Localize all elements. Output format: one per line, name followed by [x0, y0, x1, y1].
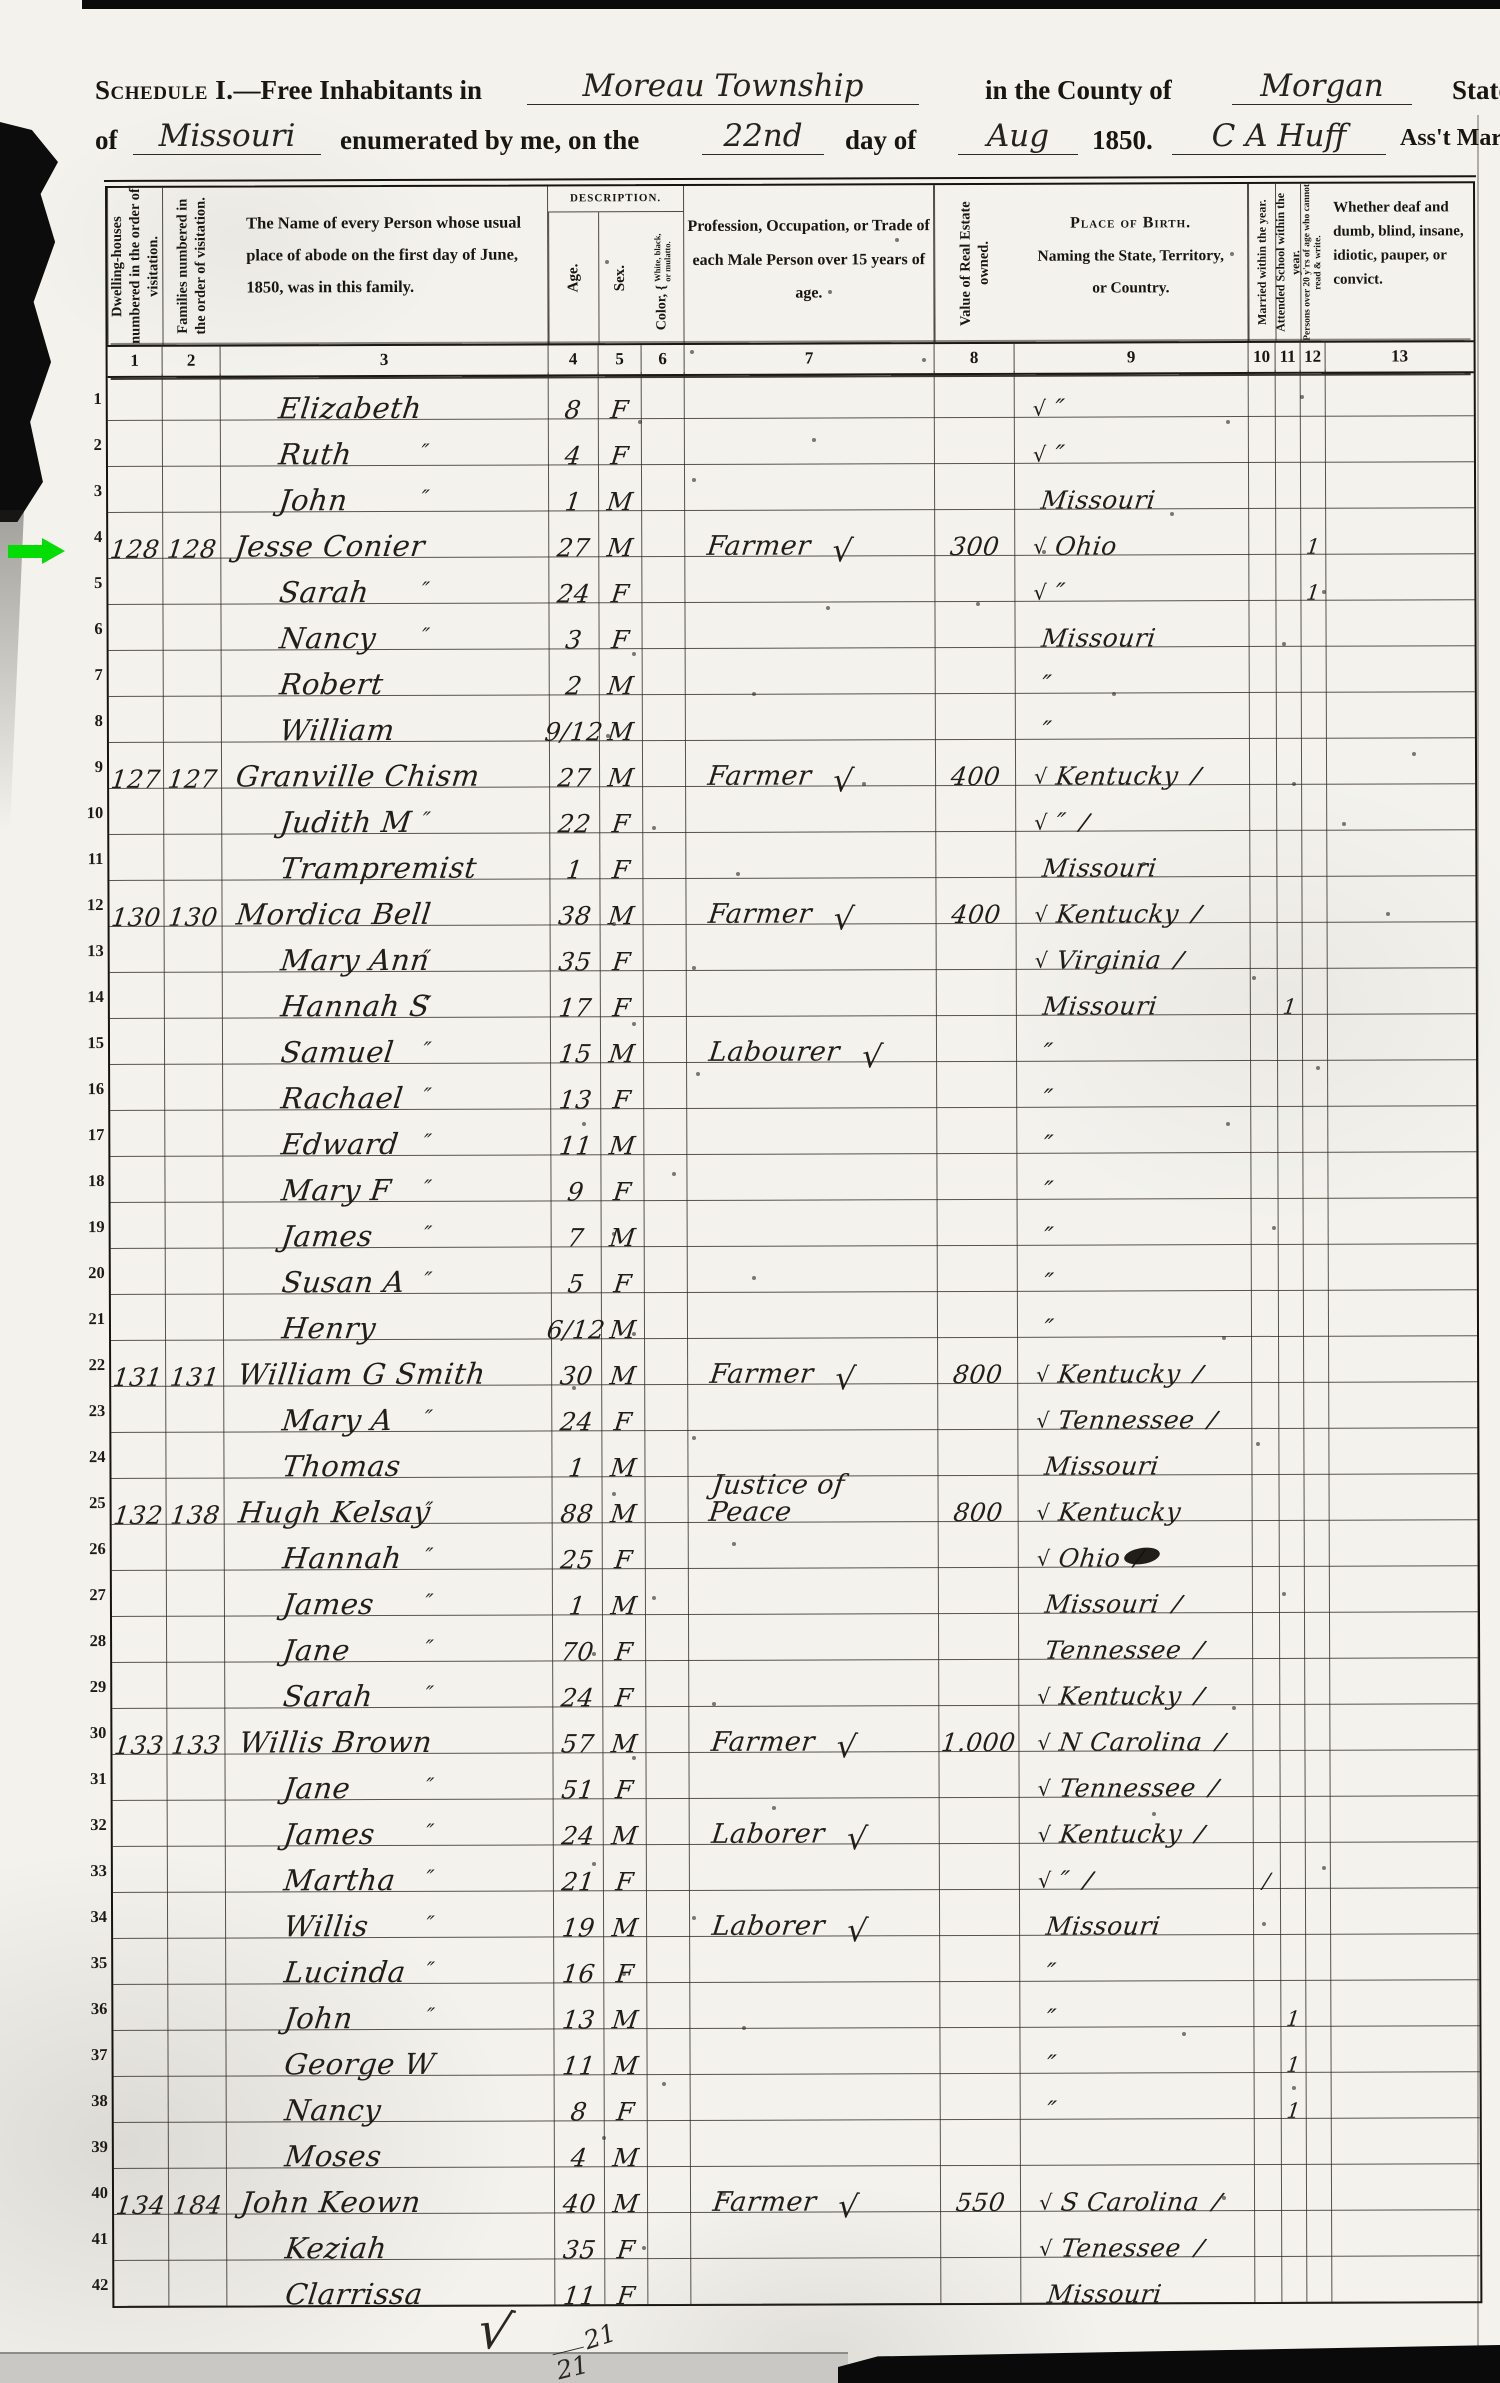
color-sublabel: White, black, or mulatto. [652, 225, 673, 281]
cell-sex: F [601, 924, 644, 970]
cell-age: 22 [550, 786, 600, 832]
cell-real-estate-value [935, 463, 1015, 509]
cell-family [168, 1846, 226, 1892]
cell-dwelling [114, 2214, 169, 2260]
cell-real-estate-value [939, 1659, 1019, 1705]
cell-condition [1329, 1197, 1477, 1244]
scan-artifact-bottom-bar [838, 2345, 1500, 2383]
cell-school [1280, 1612, 1305, 1658]
cell-condition [1326, 507, 1474, 554]
cell-cannot-read [1305, 1566, 1330, 1612]
cell-profession [688, 1199, 938, 1246]
cell-condition [1329, 1243, 1477, 1290]
cell-real-estate-value [937, 1015, 1017, 1061]
table-row: 23 Mary A″ 24 F √Tennessee/ [111, 1381, 1477, 1433]
cell-condition [1330, 1565, 1478, 1612]
cell-age: 7 [552, 1200, 602, 1246]
cell-married [1252, 1290, 1279, 1336]
cell-sex: F [601, 1062, 644, 1108]
cell-school [1282, 2210, 1307, 2256]
cell-age: 15 [551, 1016, 601, 1062]
person-name: Clarrissa [284, 2280, 425, 2309]
cell-sex: M [600, 694, 643, 740]
cell-profession [689, 1751, 939, 1798]
cell-condition [1328, 1105, 1476, 1152]
cell-school [1276, 416, 1301, 462]
cell-birthplace: ″ [1017, 1106, 1251, 1153]
cell-school [1280, 1520, 1305, 1566]
cell-dwelling [108, 420, 163, 466]
cell-profession: Labourer√ [687, 1015, 937, 1062]
col-header-color: Color, { White, black, or mulatto. [641, 212, 684, 343]
cell-name: Willis″ [226, 1890, 554, 1937]
cell-profession [691, 2119, 941, 2166]
line-number: 14 [78, 972, 104, 1018]
cell-color [648, 2258, 691, 2304]
cell-school: 1 [1282, 2072, 1307, 2118]
cell-profession [685, 417, 935, 464]
line-number: 8 [77, 696, 103, 742]
col-header-profession: Profession, Occupation, or Trade of each… [684, 185, 935, 343]
cell-dwelling [110, 1064, 165, 1110]
cell-sex: F [604, 1936, 647, 1982]
cell-birthplace: √″ [1015, 416, 1249, 463]
cell-profession [687, 1061, 937, 1108]
table-row: 31 Jane″ 51 F √Tennessee/ [112, 1749, 1478, 1801]
cell-age: 24 [553, 1660, 603, 1706]
cell-profession: Farmer√ [685, 509, 935, 556]
cell-condition [1332, 2071, 1480, 2118]
cell-birthplace: Missouri [1018, 1428, 1252, 1475]
birthplace-value: Missouri [1046, 2281, 1163, 2306]
table-row: 6 Nancy″ 3 F Missouri [108, 599, 1474, 651]
cell-sex: F [599, 372, 642, 418]
cell-profession: Laborer√ [690, 1797, 940, 1844]
cell-profession: Justice of Peace [689, 1475, 939, 1522]
cell-age: 3 [549, 602, 599, 648]
cell-profession [691, 2073, 941, 2120]
column-number: 8 [935, 344, 1015, 373]
cell-real-estate-value: 400 [936, 739, 1016, 785]
cell-color [647, 2028, 690, 2074]
cell-married [1255, 2118, 1282, 2164]
cell-married [1255, 2210, 1282, 2256]
table-row: 41 Keziah 35 F √Tenessee/ [114, 2209, 1480, 2261]
cell-sex: F [603, 1752, 646, 1798]
line-number: 40 [82, 2168, 108, 2214]
line-number: 25 [80, 1478, 106, 1524]
sex-value: F [616, 2283, 637, 2308]
form-title-line1: Schedule I.—Free Inhabitants in [95, 75, 482, 106]
cell-name: James″ [226, 1798, 554, 1845]
cell-cannot-read [1302, 646, 1327, 692]
cell-age: 35 [555, 2212, 605, 2258]
col-header-sex: Sex. [598, 212, 641, 343]
cell-dwelling: 130 [109, 880, 164, 926]
cell-real-estate-value [935, 417, 1015, 463]
table-row: 39 Moses 4 M [114, 2117, 1480, 2169]
ditto-mark: ″ [425, 1914, 436, 1935]
cell-married [1251, 922, 1278, 968]
cell-dwelling [111, 1248, 166, 1294]
ditto-mark: ″ [423, 1408, 434, 1429]
col-header-age: Age. [548, 212, 598, 343]
cell-profession [685, 601, 935, 648]
cell-name: Jane″ [225, 1614, 553, 1661]
cell-married [1253, 1750, 1280, 1796]
cell-family: 184 [169, 2168, 227, 2214]
cell-color [642, 602, 685, 648]
cell-condition [1328, 967, 1476, 1014]
cell-birthplace [1021, 2118, 1255, 2165]
cell-age: 19 [554, 1890, 604, 1936]
cell-sex: M [600, 878, 643, 924]
cell-dwelling [111, 1386, 166, 1432]
cell-profession [686, 693, 936, 740]
cell-birthplace: Tennessee/ [1019, 1612, 1253, 1659]
cell-married: / [1254, 1842, 1281, 1888]
cell-school: 1 [1278, 968, 1303, 1014]
cell-birthplace: √″ [1015, 370, 1249, 417]
place-of-birth-label: Place of Birth. [1014, 206, 1247, 240]
cell-sex: F [599, 556, 642, 602]
cell-condition [1328, 1151, 1476, 1198]
cell-name: William G Smith [224, 1338, 552, 1385]
cell-dwelling [108, 558, 163, 604]
cell-family [169, 2214, 227, 2260]
cell-birthplace: ″ [1018, 1198, 1252, 1245]
cell-real-estate-value [940, 1935, 1020, 1981]
cell-dwelling: 134 [114, 2168, 169, 2214]
cell-name: Thomas [224, 1430, 552, 1477]
cell-cannot-read [1304, 1336, 1329, 1382]
cell-school [1276, 554, 1301, 600]
table-row: 10 Judith M″ 22 F √″/ [109, 783, 1475, 835]
cell-age: 4 [549, 418, 599, 464]
cell-real-estate-value [941, 2257, 1021, 2303]
cell-birthplace: √″/ [1020, 1842, 1254, 1889]
cell-color [647, 1844, 690, 1890]
cell-married [1253, 1566, 1280, 1612]
cell-cannot-read [1301, 416, 1326, 462]
line-number: 29 [80, 1662, 106, 1708]
cell-cannot-read [1303, 1060, 1328, 1106]
cell-condition [1332, 2163, 1480, 2210]
cell-birthplace: √Kentucky/ [1016, 738, 1250, 785]
cell-birthplace: √″/ [1016, 784, 1250, 831]
cell-dwelling [112, 1570, 167, 1616]
birthplace-subline1: Naming the State, Territory, [1014, 240, 1247, 273]
cell-real-estate-value [940, 1797, 1020, 1843]
cell-sex: F [602, 1384, 645, 1430]
cell-married [1254, 1888, 1281, 1934]
cell-married [1253, 1704, 1280, 1750]
cell-dwelling [112, 1616, 167, 1662]
line-number: 21 [79, 1294, 105, 1340]
col-header-cannot-read: Persons over 20 y'rs of age who cannot r… [1300, 184, 1326, 341]
cell-color [647, 1798, 690, 1844]
cell-school [1277, 738, 1302, 784]
cell-birthplace: ″ [1020, 1934, 1254, 1981]
col-header-dwelling-number: Dwelling-houses numbered in the order of… [107, 188, 163, 345]
cell-birthplace: ″ [1021, 2072, 1255, 2119]
cell-name: Judith M″ [222, 786, 550, 833]
cell-sex: M [602, 1338, 645, 1384]
cell-real-estate-value [941, 2119, 1021, 2165]
cell-condition [1326, 415, 1474, 462]
cell-name: Granville Chism [222, 740, 550, 787]
cell-cannot-read [1307, 2210, 1332, 2256]
footer-scribble-21b: 21 [553, 2347, 592, 2383]
cell-color [642, 556, 685, 602]
cell-cannot-read [1306, 1980, 1331, 2026]
cell-sex: M [602, 1200, 645, 1246]
cell-color [645, 1338, 688, 1384]
cell-school [1277, 784, 1302, 830]
cell-age: 51 [553, 1752, 603, 1798]
cell-name: John″ [226, 1982, 554, 2029]
cell-name: Martha″ [226, 1844, 554, 1891]
cell-family [166, 1202, 224, 1248]
cell-name: Trampremist [222, 832, 550, 879]
cell-condition [1326, 461, 1474, 508]
enumerated-label: enumerated by me, on the [340, 125, 639, 156]
line-number: 33 [81, 1846, 107, 1892]
table-row: 32 James″ 24 M Laborer√ √Kentucky/ [113, 1795, 1479, 1847]
cell-family: 128 [163, 512, 221, 558]
cell-age: 11 [555, 2258, 605, 2304]
cell-color [642, 510, 685, 556]
cell-real-estate-value: 1.000 [939, 1705, 1019, 1751]
cell-age: 70 [553, 1614, 603, 1660]
cell-sex: M [604, 1890, 647, 1936]
cell-age: 11 [554, 2028, 604, 2074]
line-number: 32 [81, 1800, 107, 1846]
cell-cannot-read [1307, 2164, 1332, 2210]
county-field: Morgan [1232, 68, 1412, 105]
cell-name: Elizabeth [221, 372, 549, 419]
cell-birthplace: ″ [1018, 1290, 1252, 1337]
table-row: 36 John″ 13 M ″ 1 [113, 1979, 1479, 2031]
cell-birthplace: ″ [1016, 646, 1250, 693]
table-row: 18 Mary F″ 9 F ″ [110, 1151, 1476, 1203]
cell-name: James″ [225, 1568, 553, 1615]
cell-dwelling: 128 [108, 512, 163, 558]
line-number: 37 [81, 2030, 107, 2076]
ditto-mark: ″ [424, 1776, 435, 1797]
column-number: 12 [1301, 343, 1326, 372]
cell-color [642, 418, 685, 464]
cell-cannot-read [1302, 784, 1327, 830]
cell-birthplace: √″ [1015, 554, 1249, 601]
cell-name: John Keown [227, 2166, 555, 2213]
cell-school [1279, 1428, 1304, 1474]
cell-age: 27 [550, 740, 600, 786]
table-body: 1 Elizabeth 8 F √″ 2 Ruth″ 4 F √″ 3 John… [108, 369, 1481, 2306]
cell-age: 1 [549, 464, 599, 510]
cell-color [643, 740, 686, 786]
cell-profession [685, 555, 935, 602]
cell-married [1252, 1244, 1279, 1290]
cell-family [167, 1616, 225, 1662]
cell-condition [1331, 1795, 1479, 1842]
column-number: 11 [1276, 343, 1301, 372]
scan-artifact-left-edge [0, 122, 58, 522]
cell-school [1279, 1290, 1304, 1336]
cell-cannot-read [1305, 1750, 1330, 1796]
cell-real-estate-value [941, 2073, 1021, 2119]
cell-dwelling [113, 1846, 168, 1892]
cell-color [646, 1752, 689, 1798]
cell-school [1276, 508, 1301, 554]
cell-family [167, 1754, 225, 1800]
cell-married [1250, 876, 1277, 922]
cell-family [164, 834, 222, 880]
cell-married [1251, 1106, 1278, 1152]
cell-name: Mary A″ [224, 1384, 552, 1431]
cell-family [169, 2260, 227, 2306]
cell-school [1282, 2256, 1307, 2302]
cell-family [168, 1892, 226, 1938]
ditto-mark: ″ [422, 1132, 433, 1153]
cell-married [1252, 1428, 1279, 1474]
table-row: 35 Lucinda″ 16 F ″ [113, 1933, 1479, 1985]
cell-name: James″ [224, 1200, 552, 1247]
cell-age: 27 [549, 510, 599, 556]
cell-profession [689, 1659, 939, 1706]
cell-cannot-read [1306, 1888, 1331, 1934]
cell-name: Moses [227, 2120, 555, 2167]
cell-family [164, 650, 222, 696]
line-number: 15 [78, 1018, 104, 1064]
table-row: 38 Nancy 8 F ″ 1 [114, 2071, 1480, 2123]
cell-dwelling [110, 1110, 165, 1156]
cell-color [646, 1476, 689, 1522]
cell-profession: Farmer√ [689, 1705, 939, 1752]
cell-color [648, 2074, 691, 2120]
cell-sex: M [603, 1568, 646, 1614]
cell-condition [1332, 2209, 1480, 2256]
cell-condition [1326, 599, 1474, 646]
cell-married [1252, 1336, 1279, 1382]
cell-school [1279, 1336, 1304, 1382]
table-row: 33 Martha″ 21 F √″/ / [113, 1841, 1479, 1893]
table-row: 34 Willis″ 19 M Laborer√ Missouri [113, 1887, 1479, 1939]
cell-profession [688, 1383, 938, 1430]
month-field: Aug [958, 118, 1078, 155]
cell-cannot-read [1307, 2072, 1332, 2118]
column-number: 9 [1015, 343, 1249, 373]
cell-birthplace: √S Carolina/ [1021, 2164, 1255, 2211]
table-row: 8 William 9/12 M ″ [109, 691, 1475, 743]
cell-condition [1327, 829, 1475, 876]
cell-profession [691, 2257, 941, 2304]
cell-married [1255, 2256, 1282, 2302]
cell-sex: F [599, 418, 642, 464]
cell-birthplace: √Tennessee/ [1018, 1382, 1252, 1429]
cell-real-estate-value [938, 1383, 1018, 1429]
cell-birthplace: ″ [1017, 1060, 1251, 1107]
cell-profession [687, 923, 937, 970]
cell-name: Samuel″ [223, 1016, 551, 1063]
line-number: 1 [76, 374, 102, 420]
column-number: 4 [549, 345, 599, 374]
ditto-mark: ″ [420, 442, 431, 463]
cell-age: 35 [551, 924, 601, 970]
cell-color [643, 832, 686, 878]
line-number: 30 [80, 1708, 106, 1754]
ditto-mark: ″ [420, 626, 431, 647]
cell-profession [688, 1291, 938, 1338]
cell-married [1251, 968, 1278, 1014]
cell-family [166, 1294, 224, 1340]
cell-birthplace: Missouri [1016, 830, 1250, 877]
cell-condition [1330, 1519, 1478, 1566]
cell-sex: F [605, 2212, 648, 2258]
cell-school [1277, 646, 1302, 692]
table-row: 30 133 133 Willis Brown 57 M Farmer√ 1.0… [112, 1703, 1478, 1755]
table-row: 22 131 131 William G Smith 30 M Farmer√ … [111, 1335, 1477, 1387]
cell-family [165, 1110, 223, 1156]
cell-school [1277, 876, 1302, 922]
cell-school [1278, 922, 1303, 968]
cell-dwelling [111, 1432, 166, 1478]
ditto-mark: ″ [425, 1868, 436, 1889]
ditto-mark: ″ [425, 1960, 436, 1981]
highlight-arrow [8, 545, 42, 558]
cell-age: 24 [552, 1384, 602, 1430]
cell-color [645, 1246, 688, 1292]
cell-name: Keziah [227, 2212, 555, 2259]
cell-family [168, 1800, 226, 1846]
cell-age: 21 [554, 1844, 604, 1890]
cell-color [645, 1430, 688, 1476]
cell-birthplace: √Ohio/ [1019, 1520, 1253, 1567]
cell-age: 24 [554, 1798, 604, 1844]
cell-dwelling [109, 696, 164, 742]
cell-color [647, 1936, 690, 1982]
cell-family [163, 374, 221, 420]
cell-profession: Farmer√ [691, 2165, 941, 2212]
cell-age: 88 [553, 1476, 603, 1522]
cell-dwelling [114, 2076, 169, 2122]
cell-age: 16 [554, 1936, 604, 1982]
table-row: 14 Hannah S″ 17 F Missouri 1 [110, 967, 1476, 1019]
cell-cannot-read [1303, 968, 1328, 1014]
cell-cannot-read [1304, 1428, 1329, 1474]
table-row: 17 Edward″ 11 M ″ [110, 1105, 1476, 1157]
cell-condition [1326, 369, 1474, 416]
cell-family [166, 1432, 224, 1478]
table-row: 27 James″ 1 M Missouri/ [112, 1565, 1478, 1617]
cell-family [165, 926, 223, 972]
line-number: 5 [76, 558, 102, 604]
cell-school [1280, 1750, 1305, 1796]
line-number: 36 [81, 1984, 107, 2030]
cell-dwelling [111, 1294, 166, 1340]
cell-real-estate-value [940, 1889, 1020, 1935]
line-number: 4 [76, 512, 102, 558]
cell-birthplace: Missouri/ [1019, 1566, 1253, 1613]
cell-sex: F [604, 1844, 647, 1890]
cell-cannot-read [1303, 922, 1328, 968]
cell-school [1279, 1198, 1304, 1244]
ditto-mark: ″ [424, 1684, 435, 1705]
cell-real-estate-value [936, 831, 1016, 877]
table-row: 15 Samuel″ 15 M Labourer√ ″ [110, 1013, 1476, 1065]
cell-birthplace: ″ [1017, 1152, 1251, 1199]
table-row: 11 Trampremist 1 F Missouri [109, 829, 1475, 881]
